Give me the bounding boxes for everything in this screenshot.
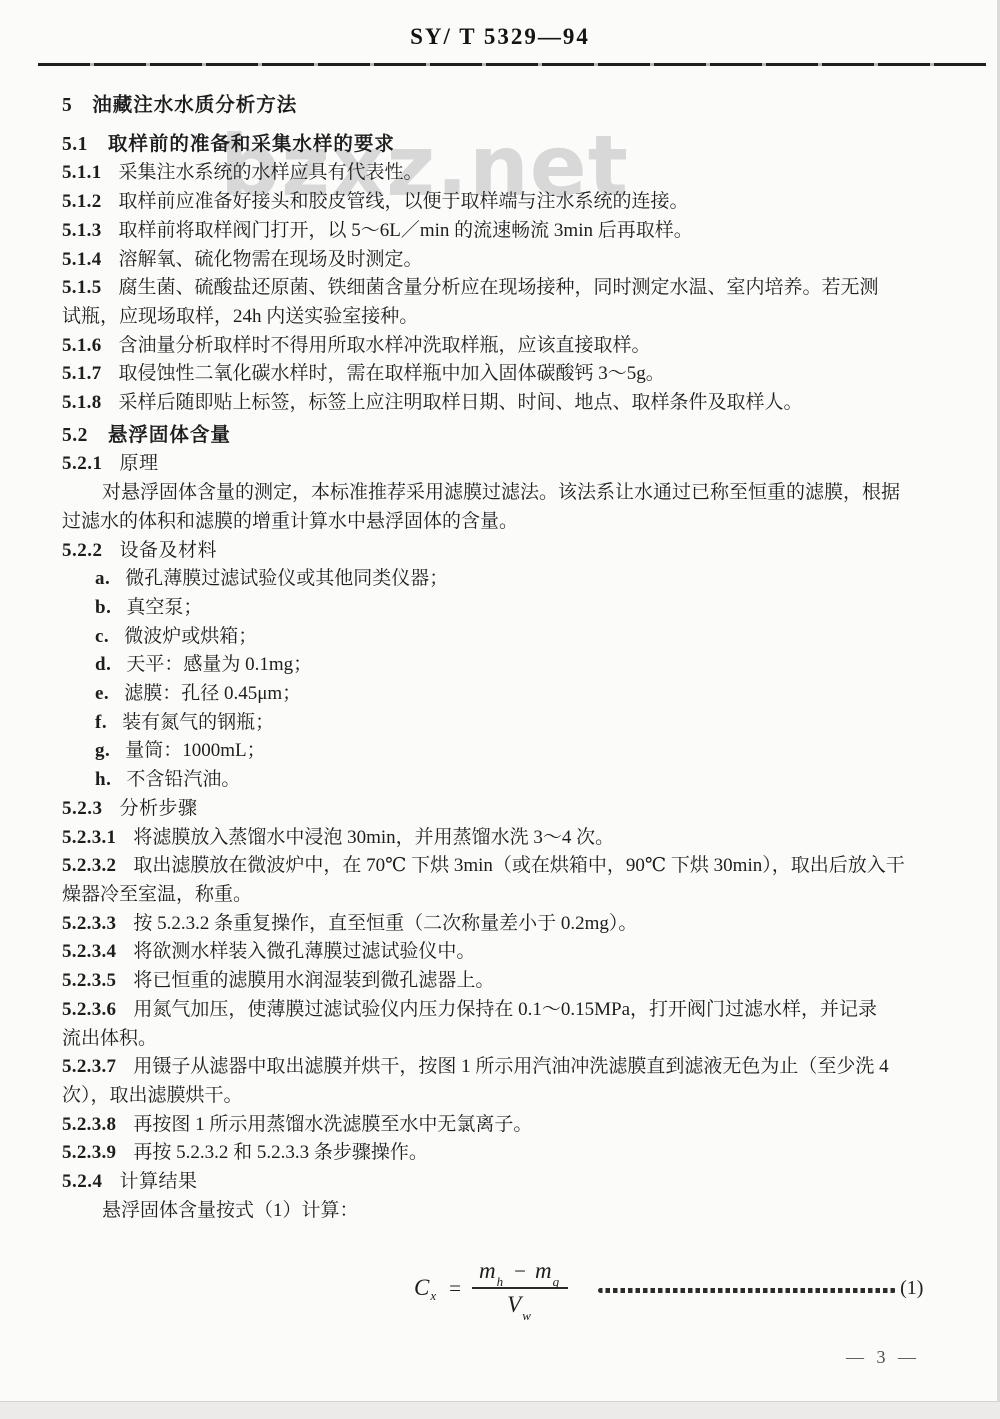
formula-denominator: Vw [507, 1289, 533, 1318]
clause-text: 用氮气加压，使薄膜过滤试验仪内压力保持在 0.1～0.15MPa，打开阀门过滤水… [133, 999, 877, 1020]
standard-code: SY/ T 5329—94 [410, 24, 590, 49]
clause-text: 滤膜：孔径 0.45μm； [124, 683, 301, 704]
clause-text: 悬浮固体含量 [108, 424, 231, 446]
clause-text: 取侵蚀性二氧化碳水样时，需在取样瓶中加入固体碳酸钙 3～5g。 [119, 363, 665, 384]
equation-number: (1) [900, 1277, 923, 1300]
clause-text: 悬浮固体含量按式（1）计算： [102, 1200, 359, 1221]
clause-heading: 5.2.2设备及材料 [62, 537, 988, 566]
subsection-heading: 5.2悬浮固体含量 [62, 421, 988, 451]
clause-number: 5.1 [62, 134, 88, 155]
clause-text: 溶解氧、硫化物需在现场及时测定。 [119, 249, 423, 270]
subsection-heading: 5.1取样前的准备和采集水样的要求 [62, 130, 988, 160]
clause-text: 微孔薄膜过滤试验仪或其他同类仪器； [125, 568, 448, 589]
clause-heading: 5.2.4计算结果 [62, 1168, 988, 1197]
clause-number: 5.1.7 [62, 363, 102, 384]
page-number: — 3 — [846, 1347, 920, 1368]
clause-line: 5.2.3.6用氮气加压，使薄膜过滤试验仪内压力保持在 0.1～0.15MPa，… [62, 996, 988, 1025]
clause-text: 用镊子从滤器中取出滤膜并烘干，按图 1 所示用汽油冲洗滤膜直到滤液无色为止（至少… [133, 1056, 888, 1077]
clause-number: 5.2.3.6 [62, 999, 116, 1020]
clause-text: 取样前的准备和采集水样的要求 [108, 133, 395, 155]
clause-number: 5.1.3 [62, 220, 102, 241]
formula-numerator: mh − mq [472, 1258, 568, 1289]
formula-mass-before-var: m [535, 1258, 552, 1284]
equation-1: Cx = mh − mq Vw (1) [62, 1258, 942, 1318]
clause-number: 5.1.4 [62, 249, 102, 270]
clause-line: 5.2.3.7用镊子从滤器中取出滤膜并烘干，按图 1 所示用汽油冲洗滤膜直到滤液… [62, 1053, 988, 1082]
clause-text: 不含铅汽油。 [126, 769, 240, 790]
clause-text: 将已恒重的滤膜用水润湿装到微孔滤器上。 [133, 970, 494, 991]
clause-text: 原理 [120, 453, 159, 474]
clause-number: 5.2.3.9 [62, 1142, 116, 1163]
clause-line: 5.1.5腐生菌、硫酸盐还原菌、铁细菌含量分析应在现场接种，同时测定水温、室内培… [62, 274, 988, 303]
formula-result-var: C [414, 1275, 429, 1301]
clause-text: 取出滤膜放在微波炉中，在 70℃ 下烘 3min（或在烘箱中，90℃ 下烘 30… [133, 855, 904, 876]
clause-text: 分析步骤 [120, 798, 198, 819]
clause-text: 采样后随即贴上标签，标签上应注明取样日期、时间、地点、取样条件及取样人。 [119, 392, 803, 413]
list-item-line: c.微波炉或烘箱； [62, 623, 988, 652]
formula-volume-var: V [507, 1292, 521, 1317]
clause-text: 真空泵； [126, 597, 202, 618]
list-item-line: a.微孔薄膜过滤试验仪或其他同类仪器； [62, 565, 988, 594]
clause-line: 5.1.7取侵蚀性二氧化碳水样时，需在取样瓶中加入固体碳酸钙 3～5g。 [62, 360, 988, 389]
list-item-line: d.天平：感量为 0.1mg； [62, 651, 988, 680]
clause-number: e. [95, 683, 109, 704]
clause-line: 5.1.1采集注水系统的水样应具有代表性。 [62, 159, 988, 188]
clause-number: 5.1.8 [62, 392, 102, 413]
clause-number: 5.2.3.8 [62, 1114, 116, 1135]
section-heading: 5油藏注水水质分析方法 [62, 91, 988, 121]
clause-number: 5.1.2 [62, 191, 102, 212]
clause-number: 5.2.1 [62, 453, 103, 474]
formula-minus-sign: − [514, 1259, 526, 1284]
clause-text: 试瓶，应现场取样，24h 内送实验室接种。 [62, 306, 418, 327]
clause-number: h. [95, 769, 111, 790]
clause-number: 5.2 [62, 425, 88, 446]
clause-text: 次），取出滤膜烘干。 [62, 1085, 243, 1106]
clause-number: 5.2.3.2 [62, 855, 116, 876]
formula-volume-sub: w [522, 1308, 531, 1323]
doc-header: SY/ T 5329—94 [0, 24, 1000, 50]
continuation-line: 过滤水的体积和滤膜的增重计算水中悬浮固体的含量。 [62, 508, 988, 537]
clause-number: 5 [62, 95, 72, 116]
clause-text: 对悬浮固体含量的测定，本标准推荐采用滤膜过滤法。该法系让水通过已称至恒重的滤膜，… [102, 482, 900, 503]
clause-number: d. [95, 654, 111, 675]
clause-number: b. [95, 597, 111, 618]
clause-line: 5.1.6含油量分析取样时不得用所取水样冲洗取样瓶，应该直接取样。 [62, 332, 988, 361]
clause-text: 流出体积。 [62, 1028, 157, 1049]
clause-number: 5.1.1 [62, 162, 102, 183]
clause-text: 量筒：1000mL； [125, 740, 265, 761]
formula-mass-before-sub: q [553, 1274, 560, 1290]
clause-line: 5.2.3.8再按图 1 所示用蒸馏水洗滤膜至水中无氯离子。 [62, 1111, 988, 1140]
clause-number: 5.1.5 [62, 277, 102, 298]
scan-edge-bottom [0, 1401, 1000, 1419]
clause-text: 计算结果 [120, 1171, 198, 1192]
paragraph-line: 悬浮固体含量按式（1）计算： [62, 1197, 988, 1226]
header-rule [38, 63, 986, 66]
clause-number: 5.2.4 [62, 1171, 103, 1192]
clause-text: 油藏注水水质分析方法 [92, 94, 297, 116]
clause-number: 5.2.3.3 [62, 913, 116, 934]
clause-line: 5.2.3.2取出滤膜放在微波炉中，在 70℃ 下烘 3min（或在烘箱中，90… [62, 852, 988, 881]
paragraph-line: 对悬浮固体含量的测定，本标准推荐采用滤膜过滤法。该法系让水通过已称至恒重的滤膜，… [62, 479, 988, 508]
clause-number: c. [95, 626, 109, 647]
clause-text: 按 5.2.3.2 条重复操作，直至恒重（二次称量差小于 0.2mg）。 [133, 913, 637, 934]
list-item-line: e.滤膜：孔径 0.45μm； [62, 680, 988, 709]
clause-number: 5.2.3.5 [62, 970, 116, 991]
clause-text: 燥器冷至室温，称重。 [62, 884, 252, 905]
clause-text: 装有氮气的钢瓶； [122, 712, 274, 733]
document-page: SY/ T 5329—94 bzxz.net 5油藏注水水质分析方法5.1取样前… [0, 0, 1000, 1419]
clause-text: 采集注水系统的水样应具有代表性。 [119, 162, 423, 183]
formula-mass-after-var: m [479, 1258, 496, 1284]
clause-line: 5.2.3.4将欲测水样装入微孔薄膜过滤试验仪中。 [62, 938, 988, 967]
clause-text: 再按图 1 所示用蒸馏水洗滤膜至水中无氯离子。 [133, 1114, 532, 1135]
clause-line: 5.1.8采样后随即贴上标签，标签上应注明取样日期、时间、地点、取样条件及取样人… [62, 389, 988, 418]
clause-line: 5.1.2取样前应准备好接头和胶皮管线，以便于取样端与注水系统的连接。 [62, 188, 988, 217]
clause-heading: 5.2.1原理 [62, 450, 988, 479]
continuation-line: 流出体积。 [62, 1025, 988, 1054]
list-item-line: f.装有氮气的钢瓶； [62, 709, 988, 738]
continuation-line: 燥器冷至室温，称重。 [62, 881, 988, 910]
clause-text: 再按 5.2.3.2 和 5.2.3.3 条步骤操作。 [133, 1142, 428, 1163]
clause-text: 过滤水的体积和滤膜的增重计算水中悬浮固体的含量。 [62, 511, 518, 532]
clause-text: 将欲测水样装入微孔薄膜过滤试验仪中。 [133, 941, 475, 962]
dot-leader-line [598, 1288, 896, 1293]
clause-text: 天平：感量为 0.1mg； [126, 654, 312, 675]
clause-line: 5.2.3.5将已恒重的滤膜用水润湿装到微孔滤器上。 [62, 967, 988, 996]
clause-text: 腐生菌、硫酸盐还原菌、铁细菌含量分析应在现场接种，同时测定水温、室内培养。若无测 [119, 277, 879, 298]
formula-equals-sign: = [449, 1276, 461, 1301]
continuation-line: 试瓶，应现场取样，24h 内送实验室接种。 [62, 303, 988, 332]
clause-number: 5.2.3.1 [62, 827, 116, 848]
clause-text: 将滤膜放入蒸馏水中浸泡 30min，并用蒸馏水洗 3～4 次。 [133, 827, 614, 848]
clause-text: 微波炉或烘箱； [124, 626, 257, 647]
clause-line: 5.2.3.1将滤膜放入蒸馏水中浸泡 30min，并用蒸馏水洗 3～4 次。 [62, 824, 988, 853]
clause-line: 5.1.3取样前将取样阀门打开，以 5～6L／min 的流速畅流 3min 后再… [62, 217, 988, 246]
clause-number: 5.2.3.7 [62, 1056, 116, 1077]
clause-text: 取样前将取样阀门打开，以 5～6L／min 的流速畅流 3min 后再取样。 [119, 220, 693, 241]
clause-number: 5.2.3 [62, 798, 103, 819]
formula-fraction: mh − mq Vw [472, 1258, 568, 1318]
clause-number: a. [95, 568, 110, 589]
clause-number: 5.2.3.4 [62, 941, 116, 962]
clause-text: 含油量分析取样时不得用所取水样冲洗取样瓶，应该直接取样。 [119, 335, 651, 356]
clause-number: 5.2.2 [62, 540, 103, 561]
clause-line: 5.1.4溶解氧、硫化物需在现场及时测定。 [62, 246, 988, 275]
clause-number: g. [95, 740, 110, 761]
clause-heading: 5.2.3分析步骤 [62, 795, 988, 824]
formula-result-sub: x [430, 1288, 436, 1304]
list-item-line: h.不含铅汽油。 [62, 766, 988, 795]
formula-mass-after-sub: h [497, 1274, 504, 1290]
clause-text: 取样前应准备好接头和胶皮管线，以便于取样端与注水系统的连接。 [119, 191, 689, 212]
clause-text: 设备及材料 [120, 540, 218, 561]
list-item-line: b.真空泵； [62, 594, 988, 623]
clause-line: 5.2.3.3按 5.2.3.2 条重复操作，直至恒重（二次称量差小于 0.2m… [62, 910, 988, 939]
clause-number: f. [95, 712, 107, 733]
continuation-line: 次），取出滤膜烘干。 [62, 1082, 988, 1111]
clause-number: 5.1.6 [62, 335, 102, 356]
list-item-line: g.量筒：1000mL； [62, 737, 988, 766]
clause-line: 5.2.3.9再按 5.2.3.2 和 5.2.3.3 条步骤操作。 [62, 1139, 988, 1168]
document-body: 5油藏注水水质分析方法5.1取样前的准备和采集水样的要求5.1.1采集注水系统的… [62, 82, 988, 1225]
